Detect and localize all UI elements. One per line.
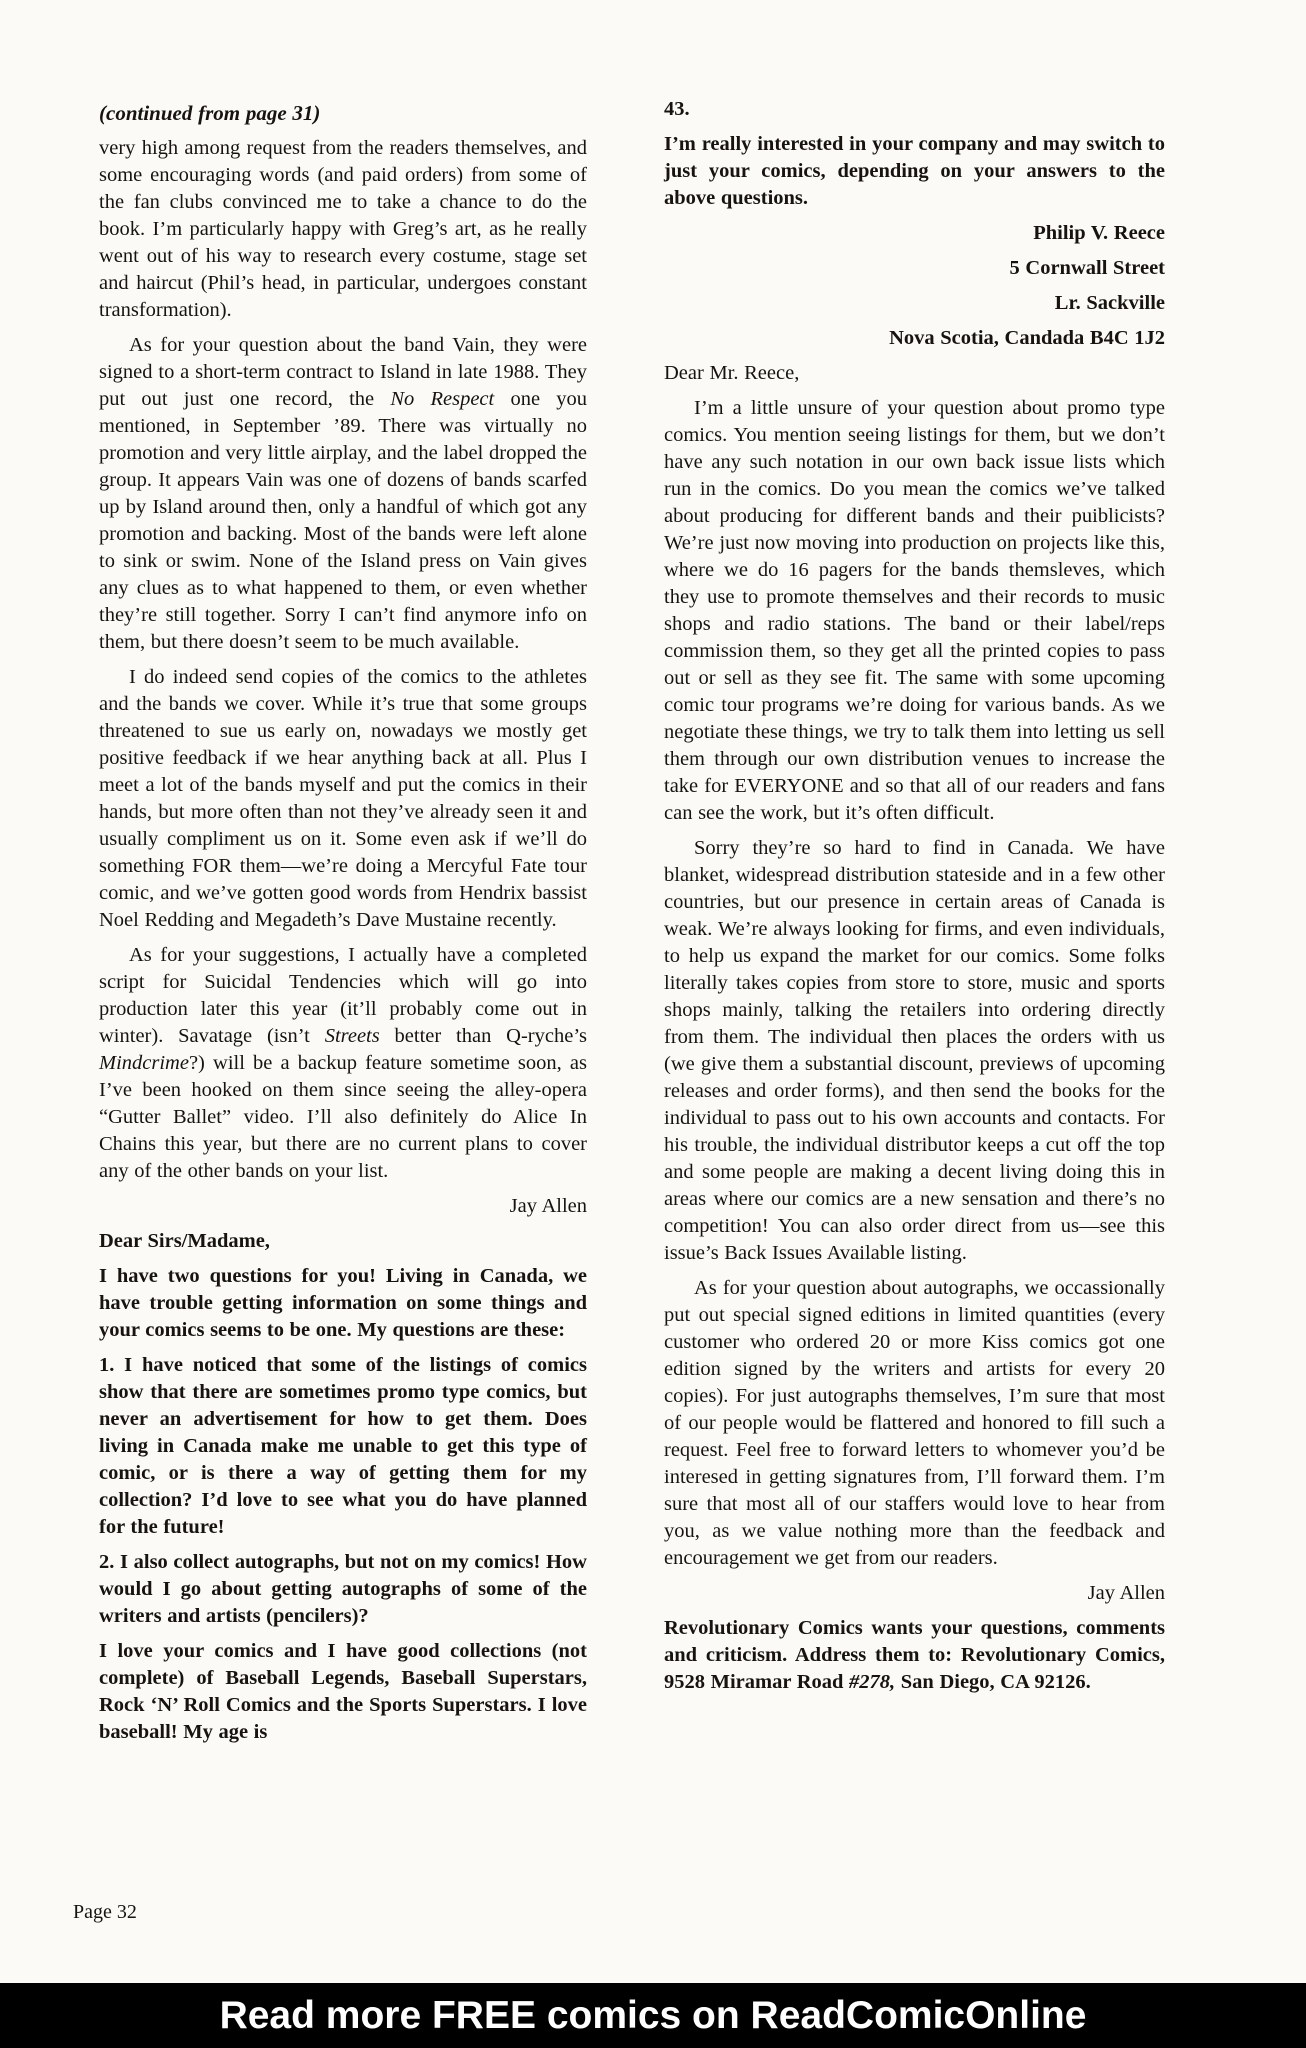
editor-reply-paragraph: I do indeed send copies of the comics to… — [99, 664, 587, 934]
left-column: (continued from page 31) very high among… — [99, 100, 587, 1754]
editor-reply-paragraph: Sorry they’re so hard to find in Canada.… — [664, 835, 1165, 1267]
editor-reply-paragraph: As for your question about autographs, w… — [664, 1275, 1165, 1572]
right-column: 43. I’m really interested in your compan… — [664, 96, 1165, 1704]
letter-paragraph: I’m really interested in your company an… — [664, 131, 1165, 212]
letter-paragraph: I have two questions for you! Living in … — [99, 1263, 587, 1344]
editor-reply-paragraph: I’m a little unsure of your question abo… — [664, 395, 1165, 827]
sender-address-block: Philip V. Reece 5 Cornwall Street Lr. Sa… — [664, 220, 1165, 352]
text-run: better than Q-ryche’s — [380, 1025, 587, 1047]
address-line-name: Philip V. Reece — [664, 220, 1165, 247]
editor-reply-paragraph: very high among request from the readers… — [99, 135, 587, 324]
editor-salutation: Dear Mr. Reece, — [664, 360, 1165, 387]
scanned-letters-page: (continued from page 31) very high among… — [0, 0, 1306, 2048]
suite-number-italic: #278, — [849, 1671, 895, 1693]
page-number-label: Page 32 — [73, 1901, 137, 1924]
letter-paragraph: I love your comics and I have good colle… — [99, 1638, 587, 1746]
album-title-italic: Mindcrime — [99, 1052, 189, 1074]
letter-question-2: 2. I also collect autographs, but not on… — [99, 1549, 587, 1630]
text-run: one you mentioned, in September ’89. The… — [99, 388, 587, 653]
signature: Jay Allen — [99, 1193, 587, 1220]
editor-reply-paragraph: As for your suggestions, I actually have… — [99, 942, 587, 1185]
banner-text[interactable]: Read more FREE comics on ReadComicOnline — [220, 1994, 1087, 2038]
letter-salutation: Dear Sirs/Madame, — [99, 1228, 587, 1255]
letter-age-line: 43. — [664, 96, 1165, 123]
continued-from-note: (continued from page 31) — [99, 100, 587, 127]
signature: Jay Allen — [664, 1580, 1165, 1607]
album-title-italic: Streets — [325, 1025, 380, 1047]
address-line-city: Lr. Sackville — [664, 290, 1165, 317]
address-line-street: 5 Cornwall Street — [664, 255, 1165, 282]
text-run: San Diego, CA 92126. — [895, 1671, 1091, 1693]
address-line-province: Nova Scotia, Candada B4C 1J2 — [664, 325, 1165, 352]
editor-address-note: Revolutionary Comics wants your question… — [664, 1615, 1165, 1696]
letter-question-1: 1. I have noticed that some of the listi… — [99, 1352, 587, 1541]
readcomiconline-banner[interactable]: Read more FREE comics on ReadComicOnline — [0, 1983, 1306, 2048]
album-title-italic: No Respect — [390, 388, 494, 410]
editor-reply-paragraph: As for your question about the band Vain… — [99, 332, 587, 656]
